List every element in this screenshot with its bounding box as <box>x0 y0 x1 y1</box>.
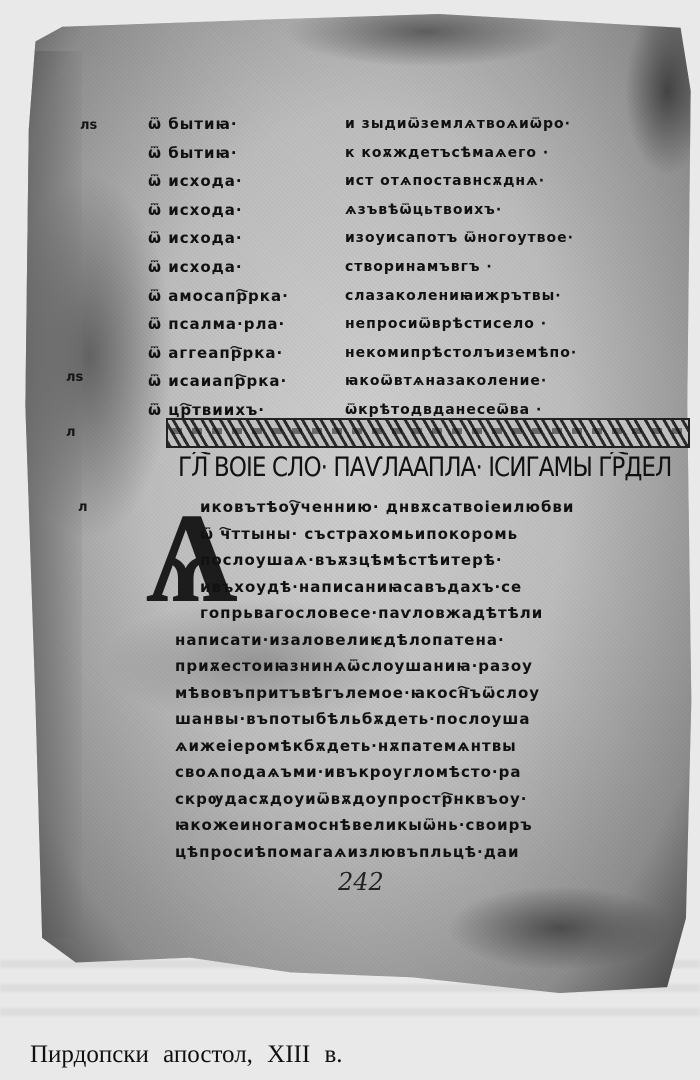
chapter-heading: ГЛ҇ ВОІЕ СЛО· ПАѴЛААПЛА· ІСИГАМЫ ГР҇ДЕЛИ… <box>178 452 672 492</box>
decorated-initial: Ѧ <box>146 490 196 625</box>
interlace-headpiece-ornament <box>166 418 690 448</box>
body-line: написати·изаловелиѥдѣлопатена· <box>175 627 692 654</box>
body-line: своѧподаѧъми·ивъкроугломѣсто·ра <box>175 759 692 786</box>
index-line: ист отѧпоставнсѫднѧ· <box>345 167 690 196</box>
body-text: иковътѣоу҇ченнию· днвѫсатвоіеилюбви ѿ ч҇… <box>200 494 692 865</box>
index-line: ѿ бытиꙗ· <box>148 110 328 139</box>
index-line: изоуисапотъ ѿногоутвое· <box>345 224 690 253</box>
index-line: ѿ амосапр҇ркa· <box>148 282 328 311</box>
body-line: послоушаѧ·въѫзцѣмѣстѣитерѣ· <box>200 547 692 574</box>
index-line: ѿ исаиапр҇ркa· <box>148 367 328 396</box>
index-line: ѿ исхода· <box>148 224 328 253</box>
body-line: ѧижеіеромѣкбѫдеть·нѫпатемѧнтвы <box>175 733 692 760</box>
index-line: ѿ аггеапр҇ркa· <box>148 339 328 368</box>
body-line: шанвы·въпотыбѣльбѫдеть·послоуша <box>175 706 692 733</box>
body-line: ѿ ч҇ттыны· състрахомьипокоромь <box>200 521 692 548</box>
index-line: ѿ исхода· <box>148 167 328 196</box>
body-line: скрѹдасѫдоуиѿвѫдоупростр҇нквъоу· <box>175 786 692 813</box>
margin-mark: лѕ <box>80 118 97 133</box>
margin-mark: лѕ <box>66 370 83 385</box>
index-line: ѿ псалма·рла· <box>148 310 328 339</box>
index-line: непросиѿврѣстиселo · <box>345 310 690 339</box>
index-right-column: и зыдиѿземлѧтвоѧиѿро· к коѫждетъсѣмаѧего… <box>345 110 690 425</box>
body-line: мѣвовъпритъвѣгълемое·ꙗкосн҇ъѿслоу <box>175 680 692 707</box>
body-line: ꙗкожеиногамоснѣвеликыѿнь·своиръ <box>175 812 692 839</box>
index-line: ꙗкоѿвтѧназаколение· <box>345 367 690 396</box>
index-line: и зыдиѿземлѧтвоѧиѿро· <box>345 110 690 139</box>
index-line: ѿ исхода· <box>148 253 328 282</box>
index-line: слазаколениꙗижрътвы· <box>345 282 690 311</box>
body-line: приѫестоиꙗзнинѧѿслоушаниꙗ·разоу <box>175 653 692 680</box>
margin-mark: л <box>78 500 88 515</box>
folio-number: 242 <box>338 868 384 896</box>
index-left-column: ѿ бытиꙗ· ѿ бытиꙗ· ѿ исхода· ѿ исхода· ѿ … <box>148 110 328 425</box>
body-line: иковътѣоу҇ченнию· днвѫсатвоіеилюбви <box>200 494 692 521</box>
index-line: створинамъвгъ · <box>345 253 690 282</box>
body-line: цѣпросиѣпомагаѧизлювъпльцѣ·даи <box>175 839 692 866</box>
body-line: гопрьвагословесе·паѵловжадѣтѣли <box>200 600 692 627</box>
figure-caption: Пирдопски апостол, XIII в. <box>30 1041 343 1069</box>
index-line: ѧзъвѣѿцьтвоихъ· <box>345 196 690 225</box>
margin-mark: л <box>66 425 76 440</box>
index-line: к коѫждетъсѣмаѧего · <box>345 139 690 168</box>
index-line: ѿ бытиꙗ· <box>148 139 328 168</box>
index-line: некомипрѣстолъиземѣпо· <box>345 339 690 368</box>
body-line: ивъхоудѣ·написаниꙗсавъдахъ·се <box>200 574 692 601</box>
index-line: ѿ исхода· <box>148 196 328 225</box>
